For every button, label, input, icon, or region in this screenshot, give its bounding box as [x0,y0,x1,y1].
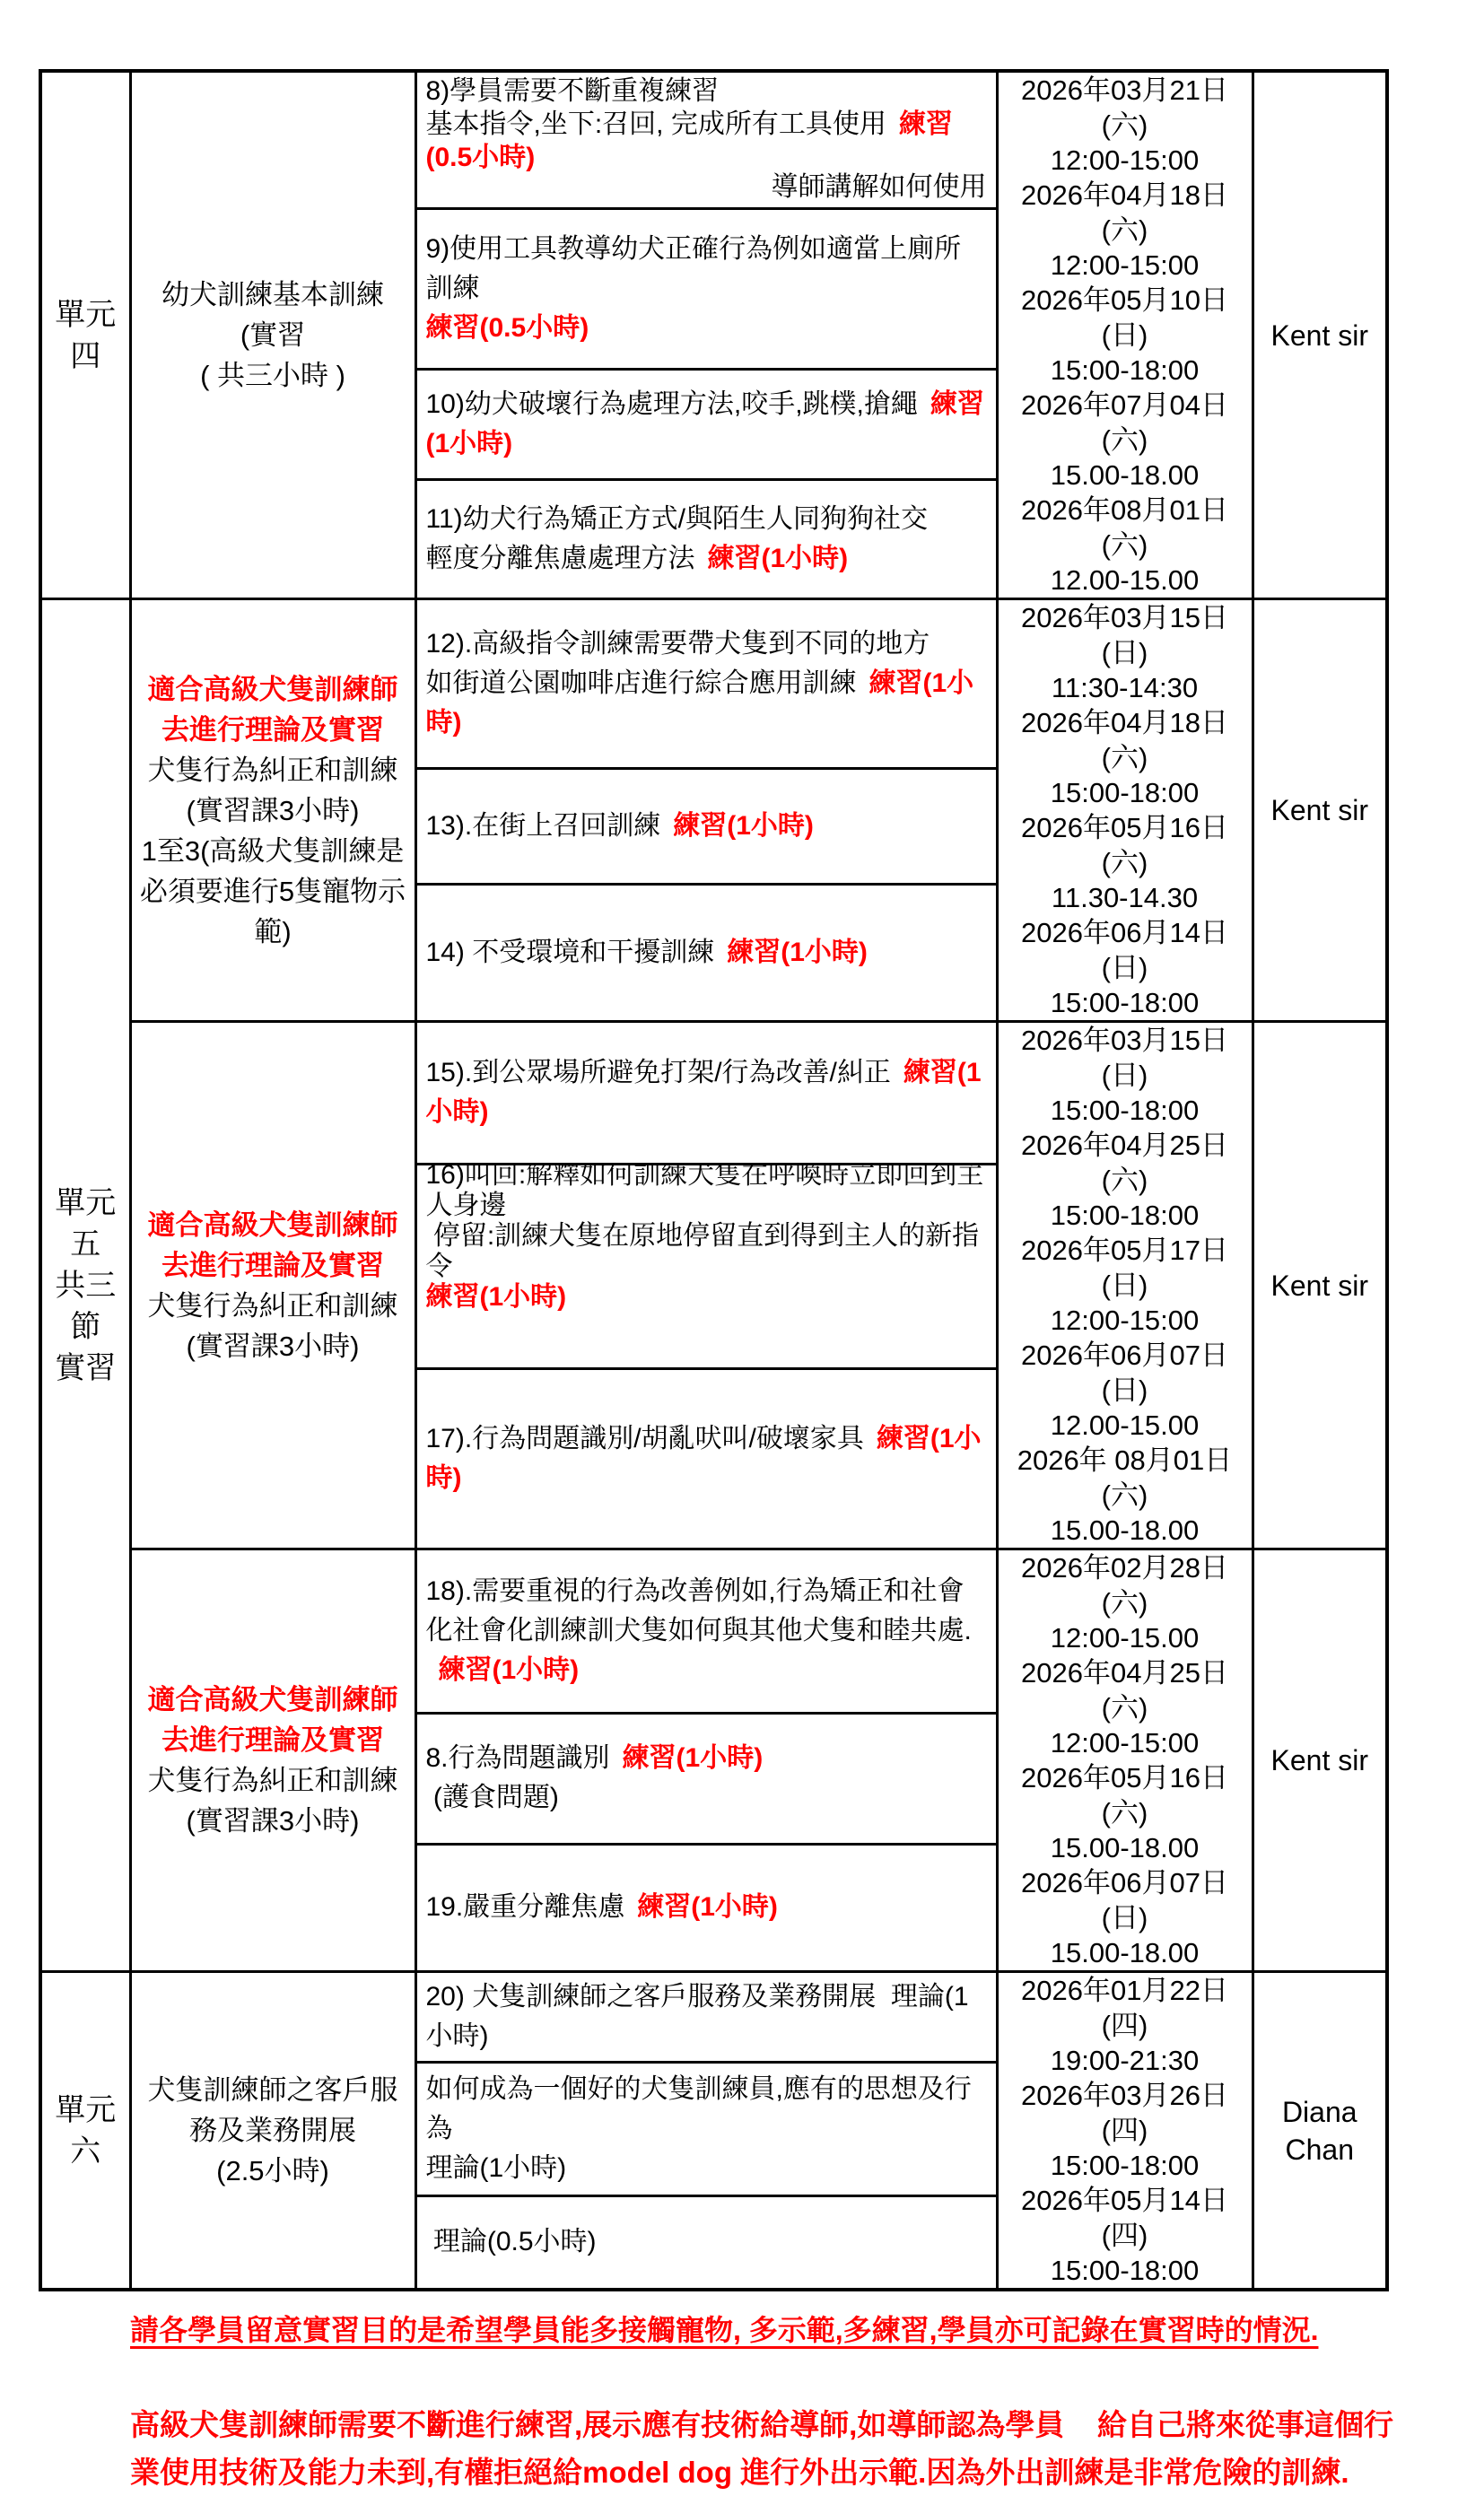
lesson-text: 如何成為一個好的犬隻訓練員,應有的思想及行為 [426,2070,987,2149]
table-row: 單元五 共三節 實習 適合高級犬隻訓練師去進行理論及實習 犬隻行為糾正和訓練 (… [40,599,1387,769]
lesson-text: 20) 犬隻訓練師之客戶服務及業務開展 理論(1小時) [426,1977,987,2056]
unit-label-cell: 單元六 [40,1972,130,2291]
lesson-text: 8)學員需要不斷重複練習 [426,74,987,108]
lesson-item-cell: 如何成為一個好的犬隻訓練員,應有的思想及行為 理論(1小時) [415,2063,997,2195]
lesson-text: 如街道公園咖啡店進行綜合應用訓練 [426,668,857,698]
lesson-text: 理論(1小時) [426,2149,987,2188]
lesson-text: 17).行為問題識別/胡亂吠叫/破壞家具 [426,1424,864,1453]
lesson-text: 理論(0.5小時) [426,2222,987,2262]
lesson-text: (護食問題) [426,1778,987,1818]
table-row: 適合高級犬隻訓練師去進行理論及實習 犬隻行為糾正和訓練 (實習課3小時) 15)… [40,1022,1387,1165]
practice-label: 練習(0.5小時) [426,313,589,343]
lesson-item-cell: 9)使用工具教導幼犬正確行為例如適當上廁所訓練 練習(0.5小時) [415,208,997,370]
lesson-item-cell: 20) 犬隻訓練師之客戶服務及業務開展 理論(1小時) [415,1972,997,2063]
practice-label: 練習(1小時) [426,1282,567,1312]
session-dates-cell: 2026年02月28日(六) 12:00-15.00 2026年04月25日(六… [997,1549,1253,1972]
practice-reminder-note: 請各學員留意實習目的是希望學員能多接觸寵物, 多示範,多練習,學員亦可記錄在實習… [130,2308,1484,2349]
session-dates-cell: 2026年03月21日 (六) 12:00-15:00 2026年04月18日 … [997,71,1253,599]
lesson-text: 8.行為問題識別 [426,1743,610,1773]
lesson-item-cell: 18).需要重視的行為改善例如,行為矯正和社會化社會化訓練訓犬隻如何與其他犬隻和… [415,1549,997,1714]
instructor-cell: Kent sir [1253,71,1387,599]
lesson-text: 10)幼犬破壞行為處理方法,咬手,跳樸,搶繩 [426,389,918,419]
instructor-cell: Kent sir [1253,599,1387,1022]
lesson-item-cell: 12).高級指令訓練需要帶犬隻到不同的地方 如街道公園咖啡店進行綜合應用訓練練習… [415,599,997,769]
module-description-cell: 適合高級犬隻訓練師去進行理論及實習 犬隻行為糾正和訓練 (實習課3小時) [130,1549,415,1972]
lesson-text: 14) 不受環境和干擾訓練 [426,938,715,967]
lesson-text: 11)幼犬行為矯正方式/與陌生人同狗狗社交 [426,500,987,539]
practice-label: 練習(1小時) [708,544,849,573]
module-description-cell: 幼犬訓練基本訓練 (實習 ( 共三小時 ) [130,71,415,599]
lesson-text: 停留:訓練犬隻在原地停留直到得到主人的新指令 [426,1221,987,1282]
lesson-item-cell: 19.嚴重分離焦慮練習(1小時) [415,1844,997,1972]
module-description-heading: 適合高級犬隻訓練師去進行理論及實習 [139,1680,407,1760]
session-dates-cell: 2026年01月22日(四) 19:00-21:30 2026年03月26日(四… [997,1972,1253,2291]
table-row: 單元六 犬隻訓練師之客戶服務及業務開展 (2.5小時) 20) 犬隻訓練師之客戶… [40,1972,1387,2063]
practice-label: 練習(1小時) [727,938,868,967]
lesson-item-cell: 17).行為問題識別/胡亂吠叫/破壞家具練習(1小時) [415,1369,997,1549]
module-description-cell: 適合高級犬隻訓練師去進行理論及實習 犬隻行為糾正和訓練 (實習課3小時) 1至3… [130,599,415,1022]
practice-label: 練習(1小時) [673,811,814,841]
lesson-text: 19.嚴重分離焦慮 [426,1892,625,1922]
instructor-cell: Kent sir [1253,1022,1387,1549]
lesson-text: 9)使用工具教導幼犬正確行為例如適當上廁所訓練 [426,230,987,309]
lesson-item-cell: 8)學員需要不斷重複練習 基本指令,坐下:召回, 完成所有工具使用練習(0.5小… [415,71,997,208]
table-row: 適合高級犬隻訓練師去進行理論及實習 犬隻行為糾正和訓練 (實習課3小時) 18)… [40,1549,1387,1714]
lesson-text: 15).到公眾場所避免打架/行為改善/糾正 [426,1058,891,1087]
unit-label-cell: 單元四 [40,71,130,599]
practice-label: 練習(1小時) [623,1743,764,1773]
lesson-text: 18).需要重視的行為改善例如,行為矯正和社會化社會化訓練訓犬隻如何與其他犬隻和… [426,1576,972,1645]
lesson-text: 基本指令,坐下:召回, 完成所有工具使用 [426,109,886,139]
table-row: 單元四 幼犬訓練基本訓練 (實習 ( 共三小時 ) 8)學員需要不斷重複練習 基… [40,71,1387,208]
lesson-item-cell: 8.行為問題識別練習(1小時) (護食問題) [415,1714,997,1844]
advanced-trainer-note: 高級犬隻訓練師需要不斷進行練習,展示應有技術給導師,如導師認為學員 給自己將來從… [130,2401,1409,2496]
session-dates-cell: 2026年03月15日(日) 11:30-14:30 2026年04月18日(六… [997,599,1253,1022]
module-description-body: 犬隻行為糾正和訓練 (實習課3小時) [139,1286,407,1366]
module-description-heading: 適合高級犬隻訓練師去進行理論及實習 [139,1205,407,1286]
module-description-cell: 適合高級犬隻訓練師去進行理論及實習 犬隻行為糾正和訓練 (實習課3小時) [130,1022,415,1549]
instructor-cell: Diana Chan [1253,1972,1387,2291]
practice-label: 練習(1小時) [439,1655,580,1685]
lesson-text: 16)叫回:解釋如何訓練犬隻在呼喚時立即回到主人身邊 [426,1164,987,1221]
tutor-explain-note: 導師講解如何使用 [772,170,987,204]
module-description-cell: 犬隻訓練師之客戶服務及業務開展 (2.5小時) [130,1972,415,2291]
lesson-item-cell: 15).到公眾場所避免打架/行為改善/糾正練習(1小時) [415,1022,997,1165]
session-dates-cell: 2026年03月15日(日) 15:00-18:00 2026年04月25日(六… [997,1022,1253,1549]
lesson-item-cell: 13).在街上召回訓練練習(1小時) [415,768,997,884]
module-description-body: 犬隻行為糾正和訓練 (實習課3小時) 1至3(高級犬隻訓練是必須要進行5隻寵物示… [139,750,407,952]
course-schedule-table: 單元四 幼犬訓練基本訓練 (實習 ( 共三小時 ) 8)學員需要不斷重複練習 基… [39,69,1389,2291]
module-description-body: 幼犬訓練基本訓練 (實習 ( 共三小時 ) [139,275,407,396]
lesson-item-cell: 16)叫回:解釋如何訓練犬隻在呼喚時立即回到主人身邊 停留:訓練犬隻在原地停留直… [415,1164,997,1369]
lesson-item-cell: 理論(0.5小時) [415,2195,997,2290]
lesson-text: 13).在街上召回訓練 [426,811,661,841]
lesson-item-cell: 14) 不受環境和干擾訓練練習(1小時) [415,884,997,1021]
module-description-heading: 適合高級犬隻訓練師去進行理論及實習 [139,669,407,750]
module-description-body: 犬隻訓練師之客戶服務及業務開展 (2.5小時) [139,2070,407,2191]
lesson-item-cell: 11)幼犬行為矯正方式/與陌生人同狗狗社交 輕度分離焦慮處理方法練習(1小時) [415,479,997,598]
lesson-item-cell: 10)幼犬破壞行為處理方法,咬手,跳樸,搶繩練習(1小時) [415,370,997,480]
practice-label: 練習(1小時) [637,1892,778,1922]
lesson-text: 12).高級指令訓練需要帶犬隻到不同的地方 [426,624,987,664]
module-description-body: 犬隻行為糾正和訓練 (實習課3小時) [139,1760,407,1841]
unit-label-cell: 單元五 共三節 實習 [40,599,130,1972]
instructor-cell: Kent sir [1253,1549,1387,1972]
lesson-text: 輕度分離焦慮處理方法 [426,544,695,573]
